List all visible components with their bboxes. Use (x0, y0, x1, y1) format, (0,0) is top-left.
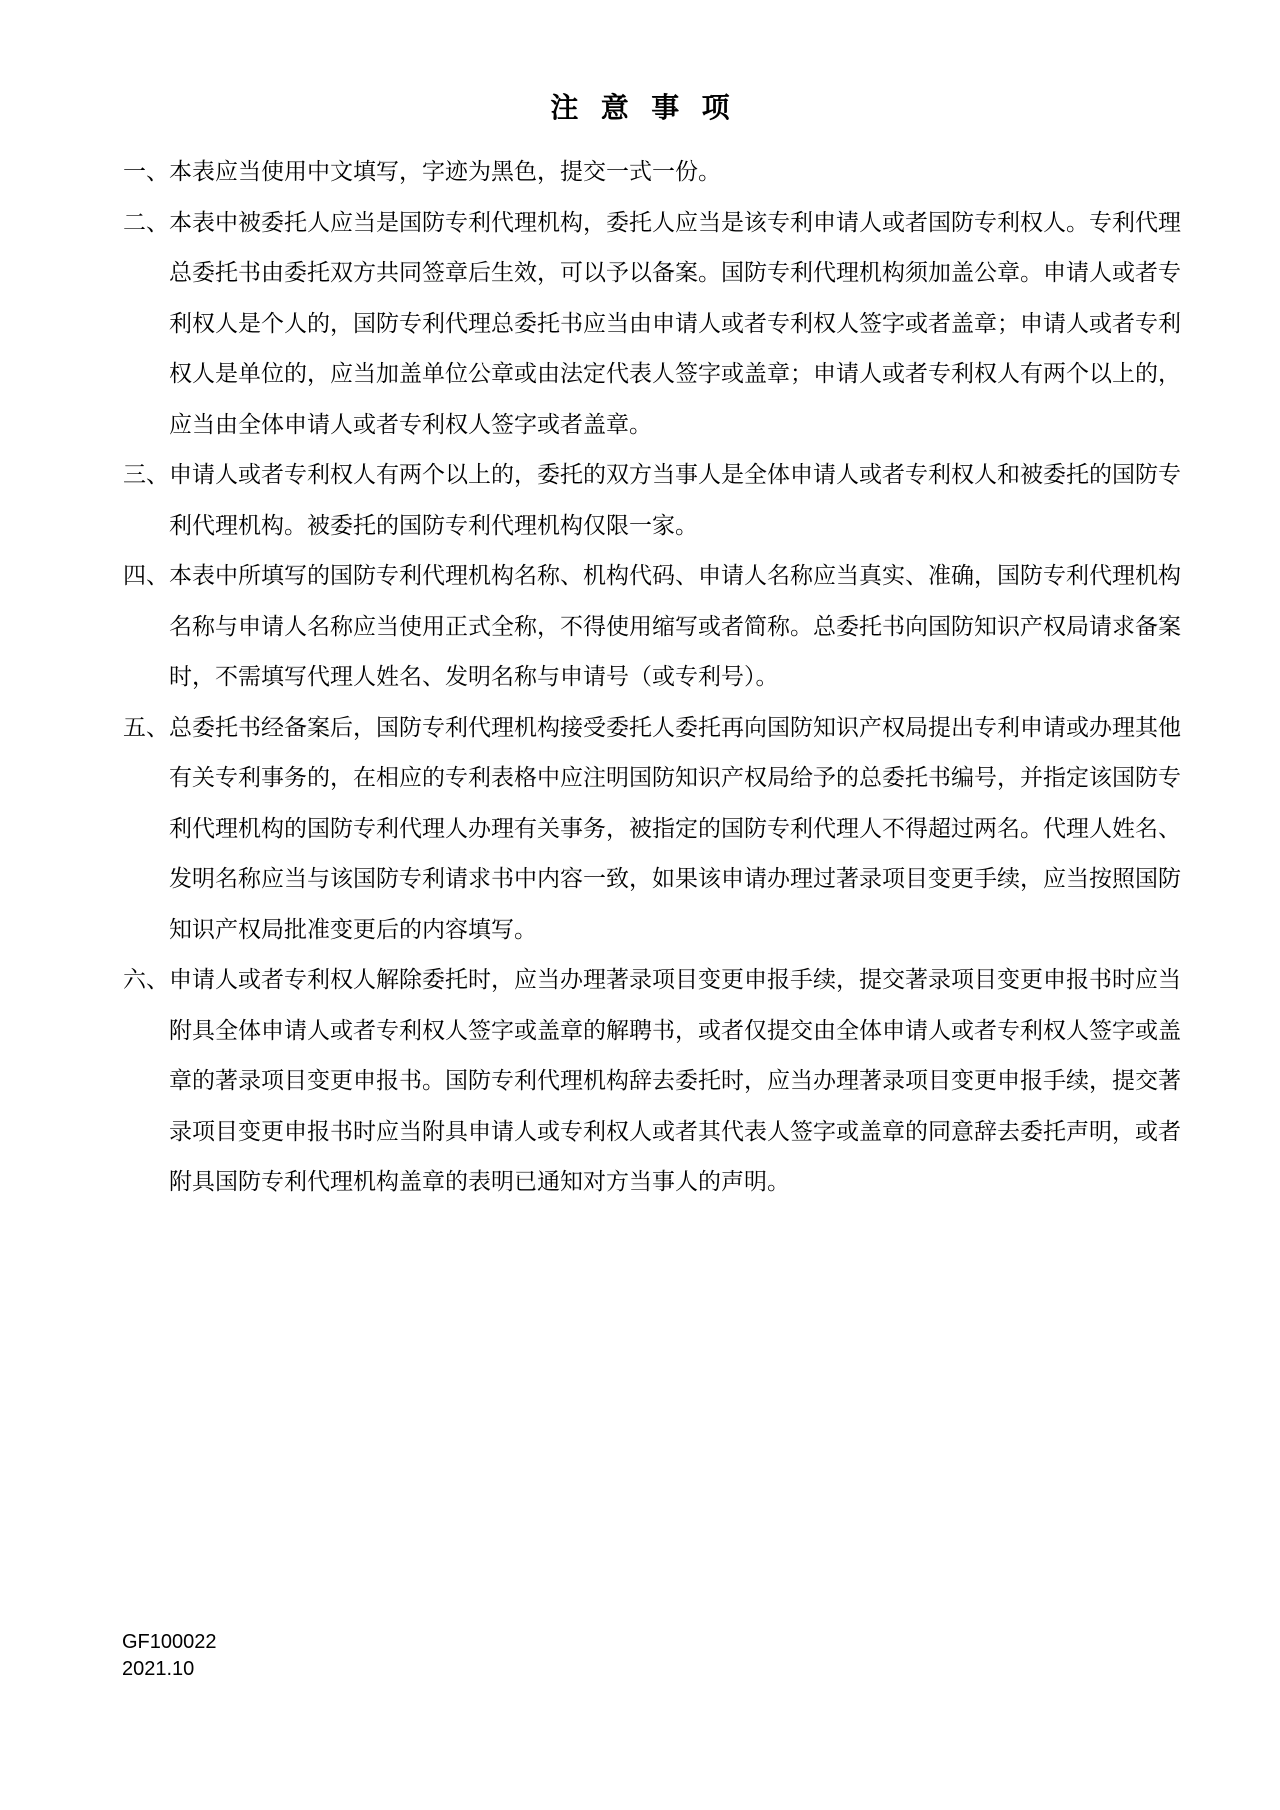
note-number: 五、 (123, 703, 169, 754)
page-title: 注意事项 (0, 91, 1280, 125)
notes-page: 注意事项 一、本表应当使用中文填写，字迹为黑色，提交一式一份。 二、本表中被委托… (0, 0, 1280, 1810)
note-item-3: 三、申请人或者专利权人有两个以上的，委托的双方当事人是全体申请人或者专利权人和被… (123, 450, 1181, 551)
note-item-1: 一、本表应当使用中文填写，字迹为黑色，提交一式一份。 (123, 147, 1181, 198)
page-footer: GF100022 2021.10 (122, 1629, 217, 1683)
note-number: 四、 (123, 551, 169, 602)
note-number: 三、 (123, 450, 169, 501)
note-number: 六、 (123, 955, 169, 1006)
note-number: 一、 (123, 147, 169, 198)
note-text: 申请人或者专利权人有两个以上的，委托的双方当事人是全体申请人或者专利权人和被委托… (169, 462, 1181, 538)
note-item-5: 五、总委托书经备案后，国防专利代理机构接受委托人委托再向国防知识产权局提出专利申… (123, 703, 1181, 956)
form-date: 2021.10 (122, 1656, 217, 1683)
note-item-2: 二、本表中被委托人应当是国防专利代理机构，委托人应当是该专利申请人或者国防专利权… (123, 198, 1181, 451)
note-text: 本表应当使用中文填写，字迹为黑色，提交一式一份。 (169, 159, 721, 184)
note-number: 二、 (123, 198, 169, 249)
note-text: 本表中所填写的国防专利代理机构名称、机构代码、申请人名称应当真实、准确，国防专利… (169, 563, 1181, 689)
note-text: 申请人或者专利权人解除委托时，应当办理著录项目变更申报手续，提交著录项目变更申报… (169, 967, 1181, 1194)
notes-list: 一、本表应当使用中文填写，字迹为黑色，提交一式一份。 二、本表中被委托人应当是国… (123, 147, 1181, 1208)
note-item-6: 六、申请人或者专利权人解除委托时，应当办理著录项目变更申报手续，提交著录项目变更… (123, 955, 1181, 1208)
form-code: GF100022 (122, 1629, 217, 1656)
note-text: 本表中被委托人应当是国防专利代理机构，委托人应当是该专利申请人或者国防专利权人。… (169, 210, 1181, 437)
note-text: 总委托书经备案后，国防专利代理机构接受委托人委托再向国防知识产权局提出专利申请或… (169, 715, 1181, 942)
note-item-4: 四、本表中所填写的国防专利代理机构名称、机构代码、申请人名称应当真实、准确，国防… (123, 551, 1181, 703)
